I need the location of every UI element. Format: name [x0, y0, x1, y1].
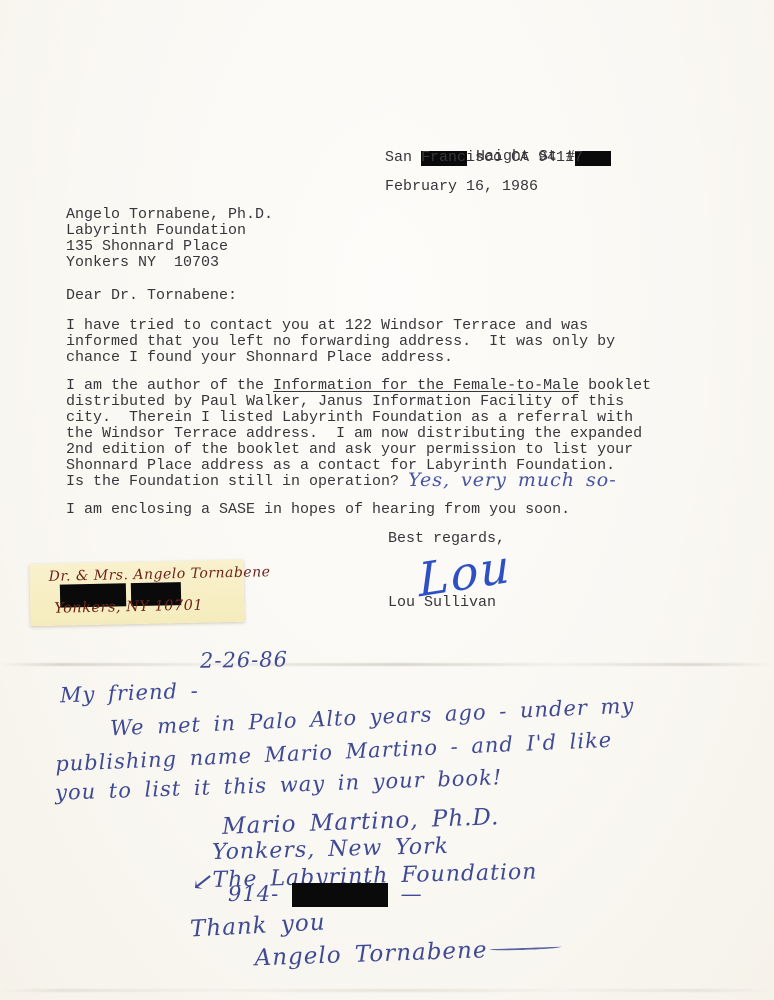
- note-signoff-name: Mario Martino, Ph.D.: [222, 804, 500, 840]
- handwritten-answer: Yes, very much so-: [408, 469, 617, 491]
- signature-flourish: [489, 945, 561, 952]
- letter-date: February 16, 1986: [385, 179, 538, 195]
- salutation: Dear Dr. Tornabene:: [66, 288, 237, 304]
- note-date: 2-26-86: [200, 647, 288, 673]
- return-address-city: San Francisco CA 94117: [385, 150, 583, 166]
- redaction-bar-phone-number: [292, 883, 388, 907]
- scanned-letter-page: Haight St # San Francisco CA 94117 Febru…: [0, 0, 774, 1000]
- paragraph-3: I am enclosing a SASE in hopes of hearin…: [66, 502, 686, 518]
- note-phone-dash: —: [401, 882, 422, 906]
- booklet-title-underlined: Information for the Female-to-Male: [273, 377, 579, 394]
- paragraph-1: I have tried to contact you at 122 Winds…: [66, 318, 686, 366]
- note-phone-prefix: 914-: [228, 882, 279, 906]
- address-label-sticker: Dr. & Mrs. Angelo Tornabene Yonkers, NY …: [29, 560, 244, 626]
- note-signature: Angelo Tornabene: [254, 935, 563, 998]
- label-city: Yonkers, NY 10701: [54, 598, 203, 617]
- typed-signature-name: Lou Sullivan: [388, 595, 496, 611]
- fold-crease-line: [0, 663, 774, 666]
- down-left-arrow-icon: ↙: [190, 866, 216, 898]
- note-signature-text: Angelo Tornabene: [254, 937, 488, 971]
- paragraph-2-before-title: I am the author of the: [66, 377, 273, 394]
- paragraph-2: I am the author of the Information for t…: [66, 378, 726, 506]
- note-greeting: My friend -: [60, 679, 200, 708]
- recipient-address: Angelo Tornabene, Ph.D. Labyrinth Founda…: [66, 207, 273, 271]
